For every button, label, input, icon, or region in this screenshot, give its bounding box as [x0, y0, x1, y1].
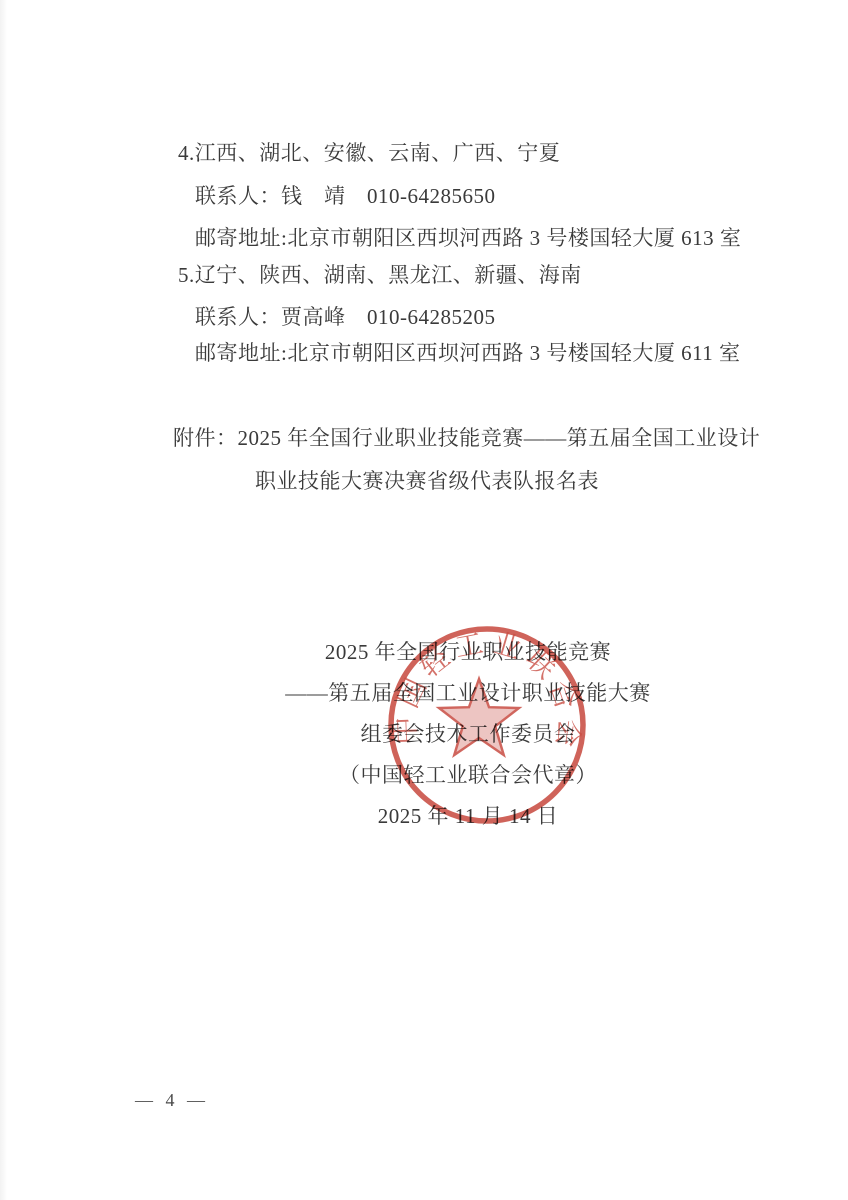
address-line-5: 邮寄地址:北京市朝阳区西坝河西路 3 号楼国轻大厦 611 室 [195, 341, 741, 365]
contact-line-4: 联系人：钱 靖 010-64285650 [195, 184, 496, 208]
attachment-line-2: 职业技能大赛决赛省级代表队报名表 [255, 469, 599, 493]
signature-committee: 组委会技术工作委员会 [279, 714, 657, 755]
signature-on-behalf: （中国轻工业联合会代章） [279, 755, 657, 796]
region-list-item-5: 5.辽宁、陕西、湖南、黑龙江、新疆、海南 [178, 263, 582, 287]
scan-edge-shadow [0, 0, 7, 1200]
page-number: — 4 — [135, 1090, 209, 1111]
document-page: 4.江西、湖北、安徽、云南、广西、宁夏 联系人：钱 靖 010-64285650… [0, 0, 848, 1200]
signature-date: 2025 年 11 月 14 日 [279, 796, 657, 837]
signature-competition-subtitle: ——第五届全国工业设计职业技能大赛 [279, 673, 657, 714]
signature-competition-title: 2025 年全国行业职业技能竞赛 [279, 632, 657, 673]
contact-line-5: 联系人：贾高峰 010-64285205 [195, 305, 496, 329]
region-list-item-4: 4.江西、湖北、安徽、云南、广西、宁夏 [178, 141, 560, 165]
signature-block: 2025 年全国行业职业技能竞赛 ——第五届全国工业设计职业技能大赛 组委会技术… [279, 632, 657, 837]
attachment-line-1: 附件：2025 年全国行业职业技能竞赛——第五届全国工业设计 [173, 426, 760, 450]
address-line-4: 邮寄地址:北京市朝阳区西坝河西路 3 号楼国轻大厦 613 室 [195, 226, 741, 250]
